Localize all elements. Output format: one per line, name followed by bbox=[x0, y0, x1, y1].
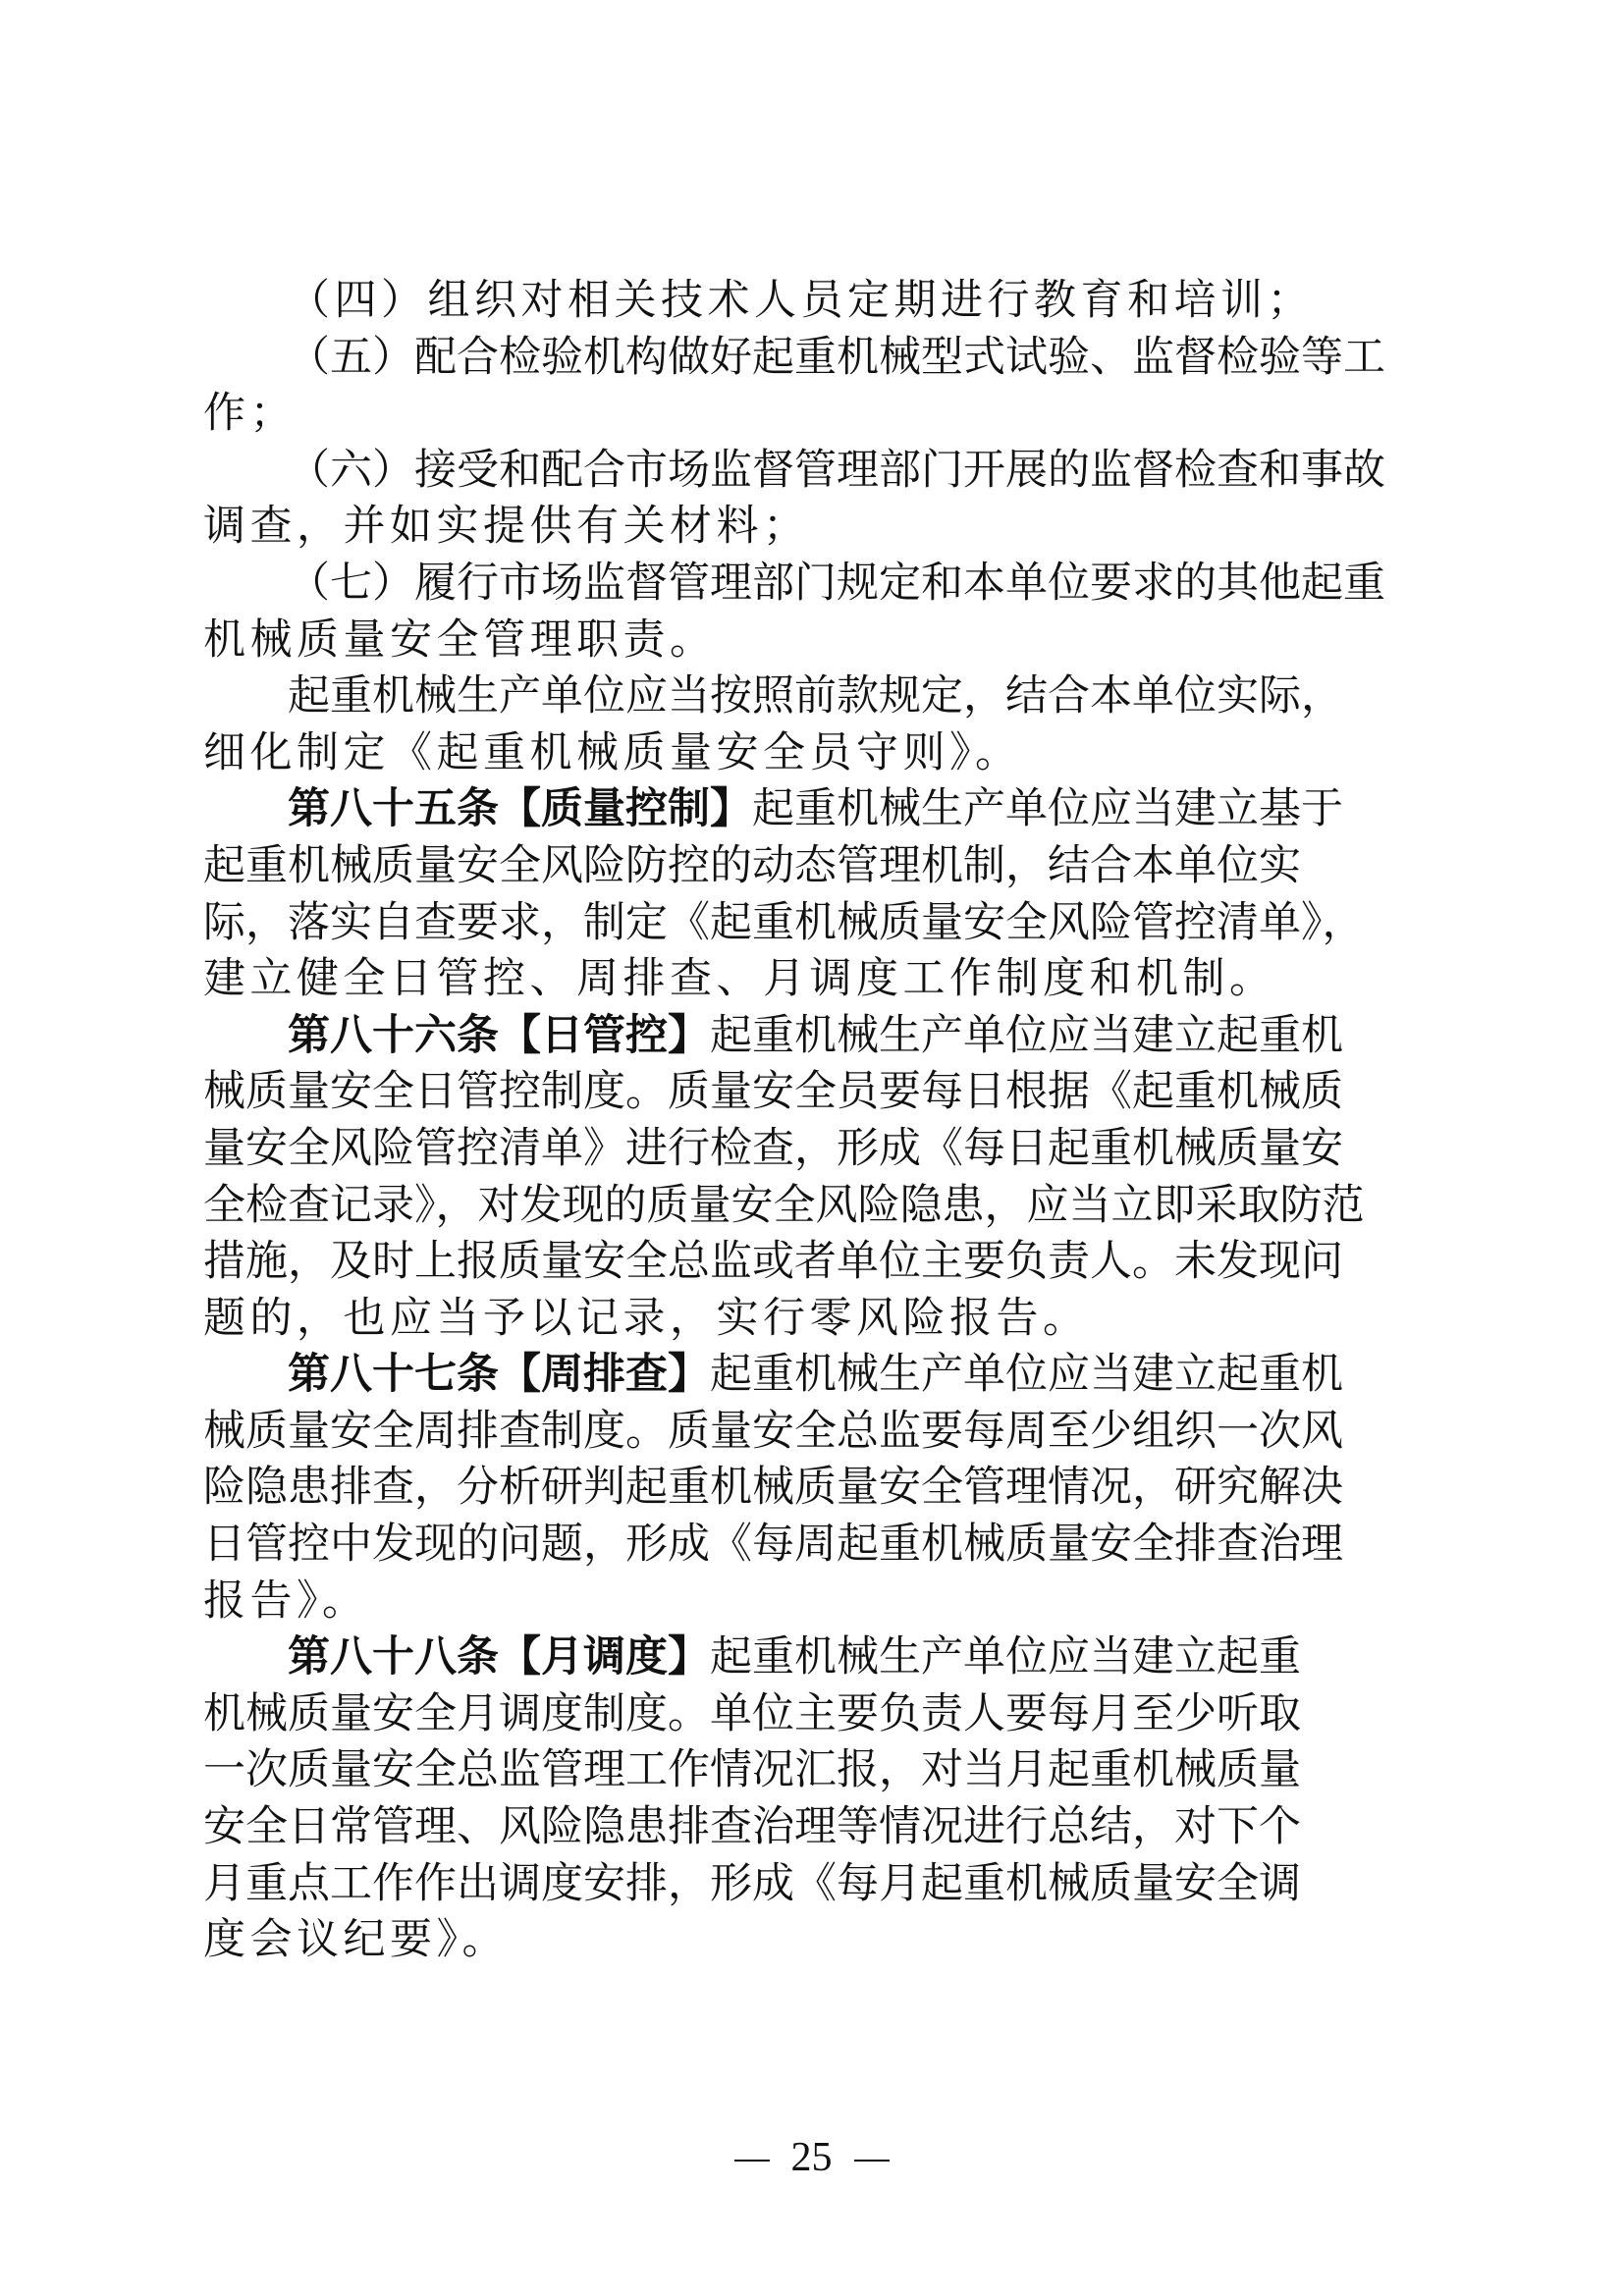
line-text: 细化制定《起重机械质量安全员守则》。 bbox=[203, 728, 1022, 777]
line-text: 建立健全日管控、周排查、月调度工作制度和机制。 bbox=[203, 954, 1276, 1003]
line-text: 月重点工作作出调度安排，形成《每月起重机械质量安全调 bbox=[203, 1859, 1301, 1908]
line-text: 调查，并如实提供有关材料； bbox=[203, 502, 810, 551]
article-heading-line: 第八十五条【质量控制】起重机械生产单位应当建立基于 bbox=[203, 781, 1421, 838]
article-heading-line: 第八十八条【月调度】起重机械生产单位应当建立起重 bbox=[203, 1629, 1421, 1686]
text-line: 度会议纪要》。 bbox=[203, 1912, 1421, 1969]
line-text: 题的，也应当予以记录，实行零风险报告。 bbox=[203, 1294, 1090, 1343]
text-line: 机械质量安全月调度制度。单位主要负责人要每月至少听取 bbox=[203, 1686, 1421, 1743]
text-line: 措施，及时上报质量安全总监或者单位主要负责人。未发现问 bbox=[203, 1234, 1421, 1291]
line-text: 起重机械生产单位应当建立起重 bbox=[710, 1632, 1301, 1682]
line-text: 起重机械质量安全风险防控的动态管理机制，结合本单位实 bbox=[203, 841, 1301, 890]
line-text: 械质量安全日管控制度。质量安全员要每日根据《起重机械质 bbox=[203, 1067, 1343, 1116]
line-text: 起重机械生产单位应当建立基于 bbox=[752, 784, 1343, 833]
page-number: 25 bbox=[0, 2132, 1623, 2183]
article-title: 第八十七条【周排查】 bbox=[288, 1350, 710, 1399]
text-line: 械质量安全日管控制度。质量安全员要每日根据《起重机械质 bbox=[203, 1064, 1421, 1121]
text-line: 械质量安全周排查制度。质量安全总监要每周至少组织一次风 bbox=[203, 1404, 1421, 1461]
text-line: 安全日常管理、风险隐患排查治理等情况进行总结，对下个 bbox=[203, 1799, 1421, 1856]
line-text: 日管控中发现的问题，形成《每周起重机械质量安全排查治理 bbox=[203, 1520, 1343, 1569]
text-line: 全检查记录》，对发现的质量安全风险隐患，应当立即采取防范 bbox=[203, 1178, 1421, 1235]
text-line: 细化制定《起重机械质量安全员守则》。 bbox=[203, 725, 1421, 782]
line-text: 机械质量安全管理职责。 bbox=[203, 615, 717, 665]
text-line: 险隐患排查，分析研判起重机械质量安全管理情况，研究解决 bbox=[203, 1460, 1421, 1517]
line-text: 全检查记录》，对发现的质量安全风险隐患，应当立即采取防范 bbox=[203, 1181, 1365, 1230]
text-line: （七）履行市场监督管理部门规定和本单位要求的其他起重 bbox=[203, 556, 1421, 613]
line-text: （六）接受和配合市场监督管理部门开展的监督检查和事故 bbox=[288, 446, 1385, 495]
line-text: 起重机械生产单位应当建立起重机 bbox=[710, 1011, 1343, 1060]
text-line: 月重点工作作出调度安排，形成《每月起重机械质量安全调 bbox=[203, 1856, 1421, 1913]
line-text: （五）配合检验机构做好起重机械型式试验、监督检验等工 bbox=[288, 333, 1385, 382]
line-text: 安全日常管理、风险隐患排查治理等情况进行总结，对下个 bbox=[203, 1802, 1301, 1851]
line-text: 度会议纪要》。 bbox=[203, 1915, 509, 1964]
line-text: （四）组织对相关技术人员定期进行教育和培训； bbox=[288, 276, 1314, 325]
line-text: 一次质量安全总监管理工作情况汇报，对当月起重机械质量 bbox=[203, 1745, 1301, 1794]
line-text: 险隐患排查，分析研判起重机械质量安全管理情况，研究解决 bbox=[203, 1463, 1343, 1512]
text-line: 调查，并如实提供有关材料； bbox=[203, 499, 1421, 556]
text-line: 际，落实自查要求，制定《起重机械质量安全风险管控清单》， bbox=[203, 895, 1421, 952]
line-text: 际，落实自查要求，制定《起重机械质量安全风险管控清单》， bbox=[203, 898, 1365, 947]
document-page: （四）组织对相关技术人员定期进行教育和培训；（五）配合检验机构做好起重机械型式试… bbox=[0, 0, 1623, 2296]
page-number-right-dash bbox=[854, 2160, 890, 2162]
article-title: 第八十八条【月调度】 bbox=[288, 1632, 710, 1682]
text-line: 一次质量安全总监管理工作情况汇报，对当月起重机械质量 bbox=[203, 1742, 1421, 1799]
article-title: 第八十六条【日管控】 bbox=[288, 1011, 710, 1060]
text-line: 报告》。 bbox=[203, 1574, 1421, 1630]
text-line: 起重机械生产单位应当按照前款规定，结合本单位实际， bbox=[203, 668, 1421, 725]
line-text: 量安全风险管控清单》进行检查，形成《每日起重机械质量安 bbox=[203, 1124, 1343, 1173]
line-text: 械质量安全周排查制度。质量安全总监要每周至少组织一次风 bbox=[203, 1407, 1343, 1456]
article-heading-line: 第八十七条【周排查】起重机械生产单位应当建立起重机 bbox=[203, 1347, 1421, 1404]
line-text: 机械质量安全月调度制度。单位主要负责人要每月至少听取 bbox=[203, 1689, 1301, 1738]
text-line: 机械质量安全管理职责。 bbox=[203, 613, 1421, 669]
text-line: （四）组织对相关技术人员定期进行教育和培训； bbox=[203, 273, 1421, 330]
line-text: 措施，及时上报质量安全总监或者单位主要负责人。未发现问 bbox=[203, 1237, 1343, 1286]
text-line: （五）配合检验机构做好起重机械型式试验、监督检验等工 bbox=[203, 330, 1421, 387]
line-text: 作； bbox=[203, 389, 297, 438]
text-line: 题的，也应当予以记录，实行零风险报告。 bbox=[203, 1291, 1421, 1348]
text-line: 建立健全日管控、周排查、月调度工作制度和机制。 bbox=[203, 951, 1421, 1008]
text-line: 日管控中发现的问题，形成《每周起重机械质量安全排查治理 bbox=[203, 1517, 1421, 1574]
body-text: （四）组织对相关技术人员定期进行教育和培训；（五）配合检验机构做好起重机械型式试… bbox=[203, 273, 1421, 1969]
line-text: 起重机械生产单位应当建立起重机 bbox=[710, 1350, 1343, 1399]
line-text: 起重机械生产单位应当按照前款规定，结合本单位实际， bbox=[288, 671, 1343, 721]
text-line: 起重机械质量安全风险防控的动态管理机制，结合本单位实 bbox=[203, 838, 1421, 895]
page-number-value: 25 bbox=[791, 2135, 833, 2180]
article-heading-line: 第八十六条【日管控】起重机械生产单位应当建立起重机 bbox=[203, 1008, 1421, 1065]
line-text: （七）履行市场监督管理部门规定和本单位要求的其他起重 bbox=[288, 559, 1385, 608]
text-line: 作； bbox=[203, 386, 1421, 443]
text-line: （六）接受和配合市场监督管理部门开展的监督检查和事故 bbox=[203, 443, 1421, 500]
line-text: 报告》。 bbox=[203, 1576, 369, 1626]
text-line: 量安全风险管控清单》进行检查，形成《每日起重机械质量安 bbox=[203, 1121, 1421, 1178]
page-number-left-dash bbox=[734, 2160, 770, 2162]
article-title: 第八十五条【质量控制】 bbox=[288, 784, 752, 833]
